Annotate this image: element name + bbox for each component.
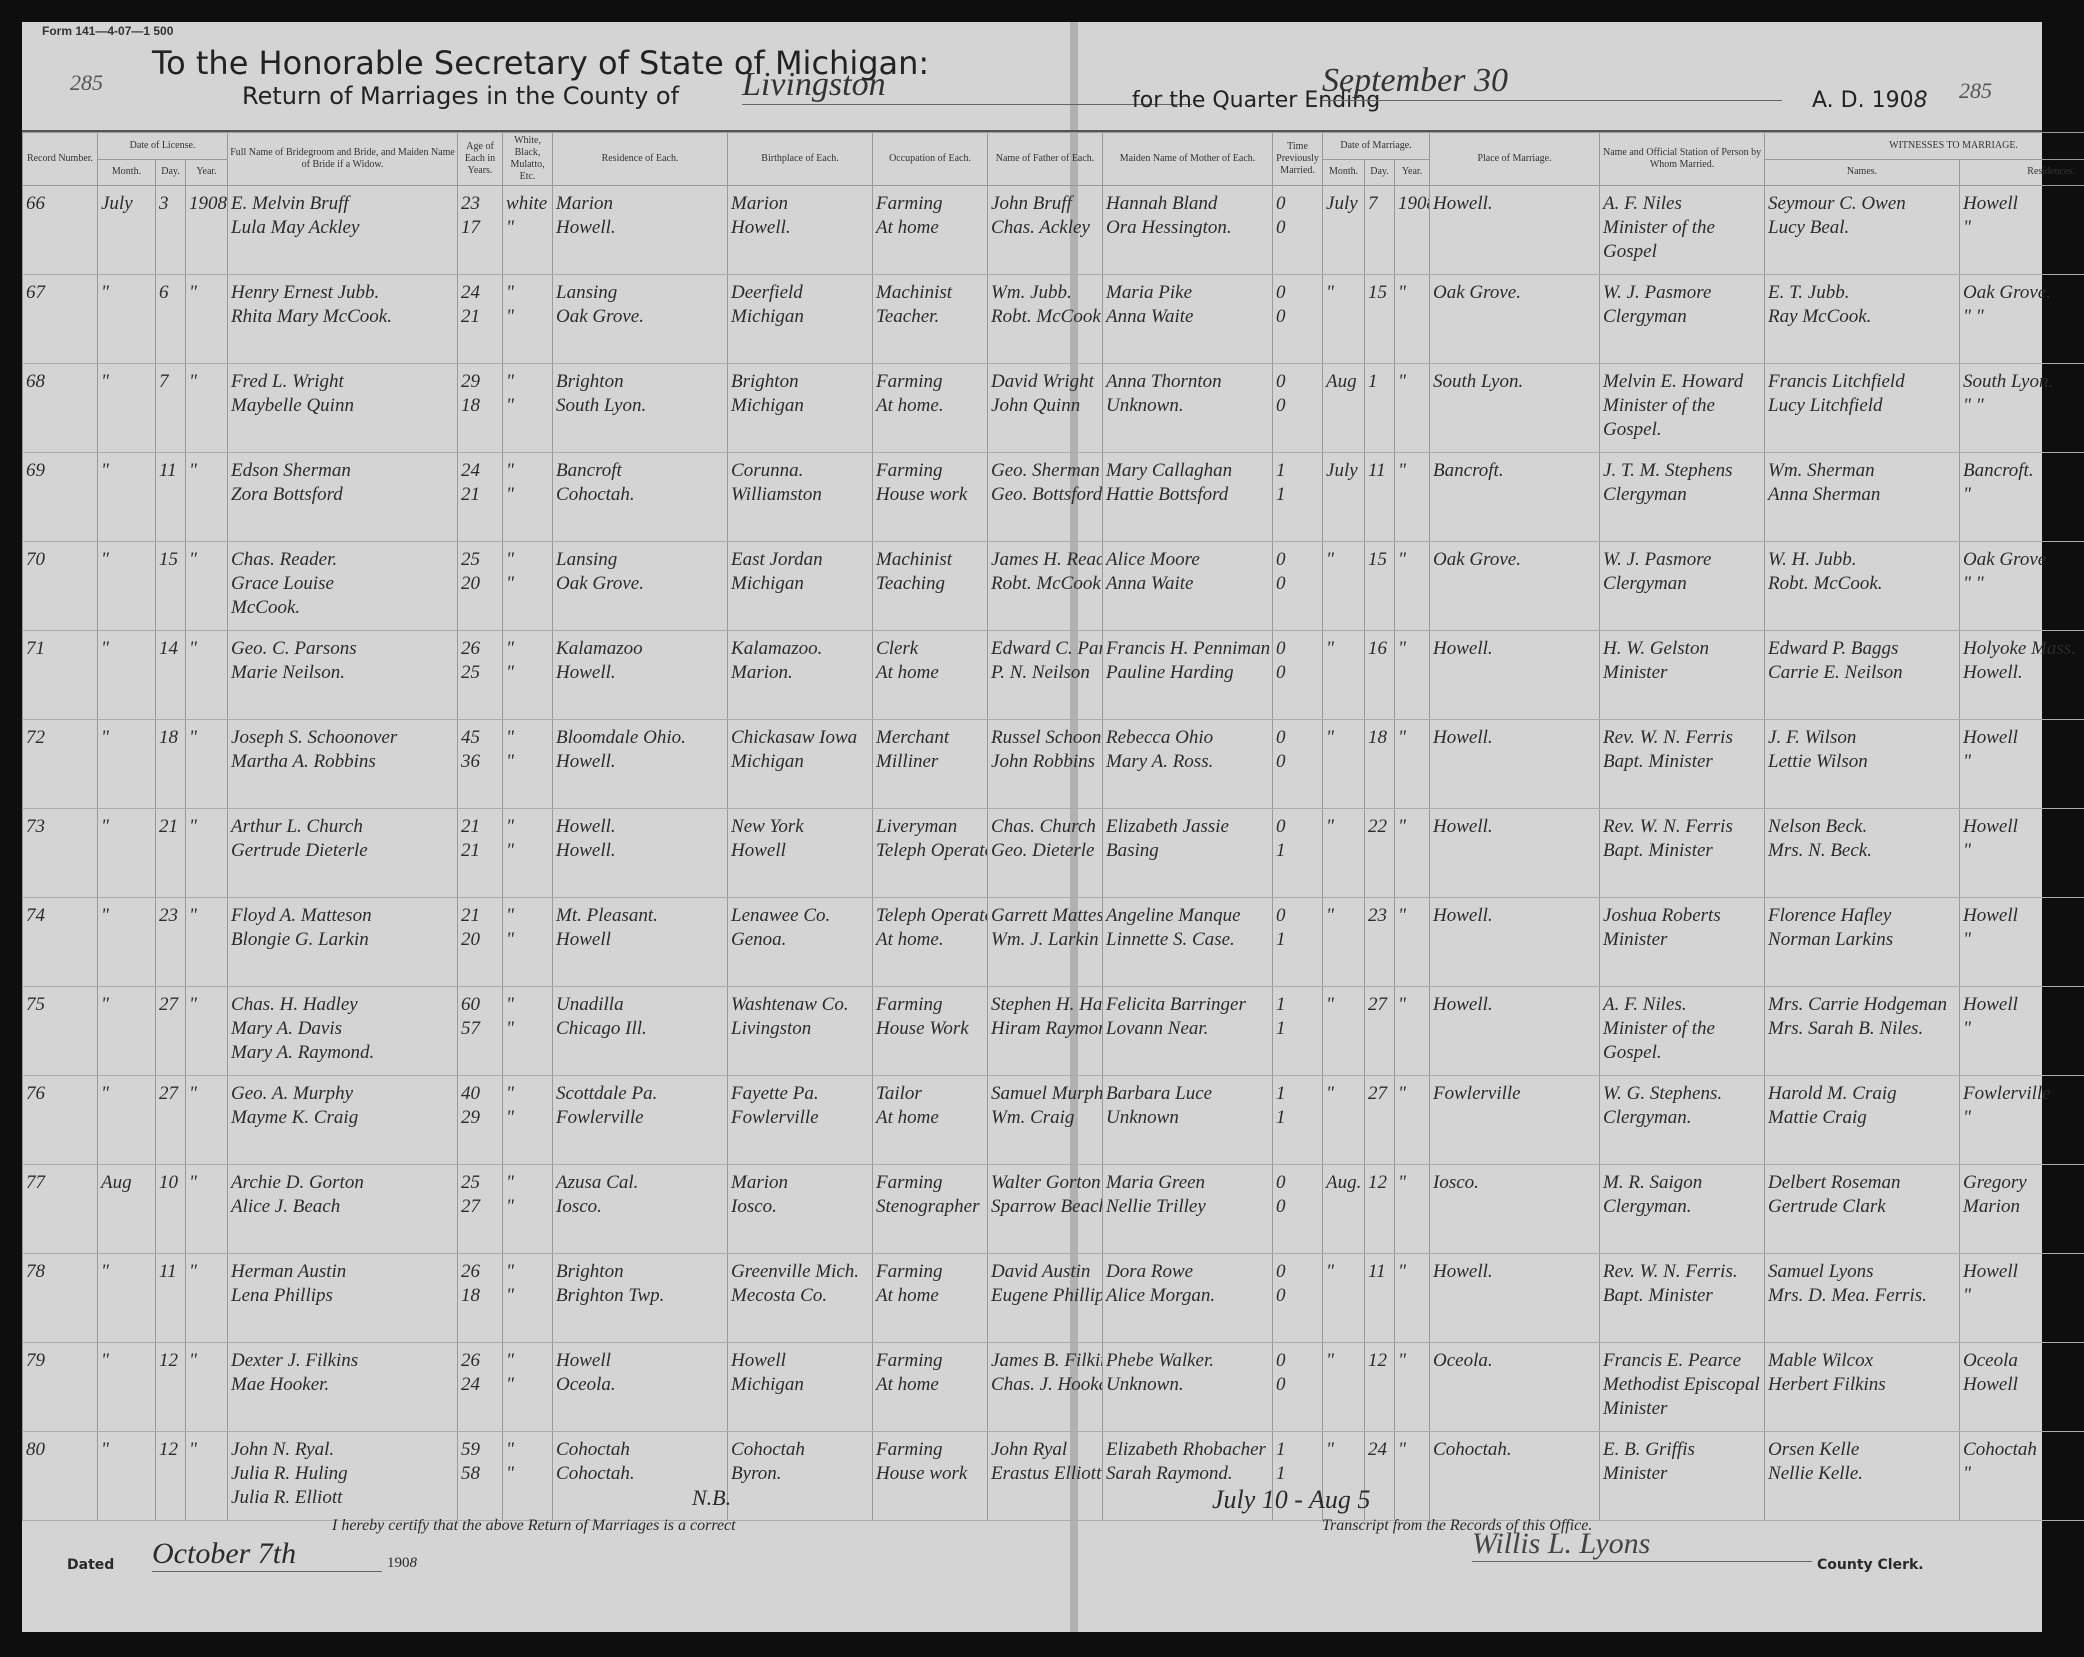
witness-names-line: Delbert Roseman	[1768, 1171, 1956, 1195]
ages-line: 20	[461, 928, 499, 952]
cell-marriage-year: "	[1395, 275, 1430, 364]
cell-place: Oak Grove.	[1430, 275, 1600, 364]
names-line: Zora Bottsford	[231, 483, 454, 507]
page-number-left: 285	[70, 70, 103, 96]
witness-names-line: Lettie Wilson	[1768, 750, 1956, 774]
mother-line: Unknown	[1106, 1106, 1269, 1130]
cell-ages: 4029	[458, 1076, 503, 1165]
times-married-line: 1	[1276, 1106, 1319, 1130]
birthplace-line: Michigan	[731, 572, 869, 596]
witness-residences-line: " "	[1963, 572, 2084, 596]
ages-line: 45	[461, 726, 499, 750]
ages-line: 60	[461, 993, 499, 1017]
father-line: Samuel Murphy	[991, 1082, 1099, 1106]
dated-year-digit: 8	[410, 1555, 418, 1571]
names-line: Floyd A. Matteson	[231, 904, 454, 928]
cell-officiant: Rev. W. N. FerrisBapt. Minister	[1600, 809, 1765, 898]
names-line: John N. Ryal.	[231, 1438, 454, 1462]
form-number: Form 141—4-07—1 500	[42, 24, 173, 38]
officiant-line: Gospel.	[1603, 1041, 1761, 1065]
cell-marriage-year: "	[1395, 364, 1430, 453]
cell-marriage-month: "	[1323, 542, 1365, 631]
times-married-line: 1	[1276, 1082, 1319, 1106]
birthplace-line: Greenville Mich.	[731, 1260, 869, 1284]
cell-names: Fred L. WrightMaybelle Quinn	[228, 364, 458, 453]
cell-names: Joseph S. SchoonoverMartha A. Robbins	[228, 720, 458, 809]
cell-witness-residences: GregoryMarion	[1960, 1165, 2084, 1254]
father-line: Geo. Bottsford	[991, 483, 1099, 507]
witness-residences-line: "	[1963, 928, 2084, 952]
cell-license-day: 15	[156, 542, 186, 631]
residence-line: Cohoctah.	[556, 483, 724, 507]
cell-license-year: "	[186, 1165, 228, 1254]
ages-line: 21	[461, 839, 499, 863]
mother-line: Lovann Near.	[1106, 1017, 1269, 1041]
cell-witness-names: Nelson Beck.Mrs. N. Beck.	[1765, 809, 1960, 898]
residence-line: Oak Grove.	[556, 305, 724, 329]
cell-marriage-year: "	[1395, 1165, 1430, 1254]
cell-birthplace: Chickasaw IowaMichigan	[728, 720, 873, 809]
table-row: 74"23"Floyd A. MattesonBlongie G. Larkin…	[23, 898, 2084, 987]
witness-names-line: Mrs. N. Beck.	[1768, 839, 1956, 863]
times-married-line: 0	[1276, 1284, 1319, 1308]
times-married-line: 1	[1276, 1438, 1319, 1462]
race-line: "	[506, 548, 549, 572]
cell-place: Howell.	[1430, 720, 1600, 809]
cell-license-year: "	[186, 987, 228, 1076]
cell-mother: Elizabeth JassieBasing	[1103, 809, 1273, 898]
cell-record-number: 70	[23, 542, 98, 631]
birthplace-line: Lenawee Co.	[731, 904, 869, 928]
times-married-line: 0	[1276, 281, 1319, 305]
mother-line: Mary A. Ross.	[1106, 750, 1269, 774]
mother-line: Alice Moore	[1106, 548, 1269, 572]
cell-father: John BruffChas. Ackley	[988, 186, 1103, 275]
names-line: Marie Neilson.	[231, 661, 454, 685]
cell-race: ""	[503, 987, 553, 1076]
col-father: Name of Father of Each.	[988, 133, 1103, 186]
cell-marriage-day: 18	[1365, 720, 1395, 809]
times-married-line: 1	[1276, 459, 1319, 483]
cell-witness-names: Francis LitchfieldLucy Litchfield	[1765, 364, 1960, 453]
col-lic-month: Month.	[98, 159, 156, 186]
father-line: Eugene Phillips	[991, 1284, 1099, 1308]
cell-license-month: "	[98, 364, 156, 453]
cell-license-day: 11	[156, 1254, 186, 1343]
witness-residences-line: Fowlerville	[1963, 1082, 2084, 1106]
cell-record-number: 69	[23, 453, 98, 542]
cell-witness-residences: Bancroft."	[1960, 453, 2084, 542]
cell-times-married: 00	[1273, 275, 1323, 364]
father-line: Garrett Matteson	[991, 904, 1099, 928]
table-row: 69"11"Edson ShermanZora Bottsford2421""B…	[23, 453, 2084, 542]
birthplace-line: Howell	[731, 839, 869, 863]
residence-line: Lansing	[556, 281, 724, 305]
residence-line: Oak Grove.	[556, 572, 724, 596]
names-line: Henry Ernest Jubb.	[231, 281, 454, 305]
ages-line: 25	[461, 661, 499, 685]
col-lic-year: Year.	[186, 159, 228, 186]
race-line: "	[506, 281, 549, 305]
birthplace-line: Livingston	[731, 1017, 869, 1041]
times-married-line: 0	[1276, 192, 1319, 216]
dated-year-prefix: 190	[387, 1555, 410, 1571]
occupation-line: At home	[876, 1373, 984, 1397]
race-line: "	[506, 904, 549, 928]
ad-year-digit: 8	[1914, 88, 1928, 113]
mother-line: Felicita Barringer	[1106, 993, 1269, 1017]
officiant-line: J. T. M. Stephens	[1603, 459, 1761, 483]
cell-times-married: 00	[1273, 364, 1323, 453]
birthplace-line: Corunna.	[731, 459, 869, 483]
cell-license-month: "	[98, 898, 156, 987]
occupation-line: Farming	[876, 370, 984, 394]
certification-text: I hereby certify that the above Return o…	[332, 1517, 736, 1535]
birthplace-line: Kalamazoo.	[731, 637, 869, 661]
occupation-line: Farming	[876, 1171, 984, 1195]
cell-father: Edward C. ParsonsP. N. Neilson	[988, 631, 1103, 720]
table-row: 66July31908E. Melvin BruffLula May Ackle…	[23, 186, 2084, 275]
witness-names-line: J. F. Wilson	[1768, 726, 1956, 750]
cell-marriage-month: "	[1323, 809, 1365, 898]
cell-place: Howell.	[1430, 631, 1600, 720]
cell-residence: Howell.Howell.	[553, 809, 728, 898]
officiant-line: Minister	[1603, 1397, 1761, 1421]
witness-residences-line: "	[1963, 483, 2084, 507]
cell-marriage-year: "	[1395, 1076, 1430, 1165]
mother-line: Anna Waite	[1106, 572, 1269, 596]
clerk-label: County Clerk.	[1817, 1557, 1924, 1573]
witness-names-line: Norman Larkins	[1768, 928, 1956, 952]
col-record-number: Record Number.	[23, 133, 98, 186]
names-line: Grace Louise	[231, 572, 454, 596]
cell-witness-residences: Oak Grove." "	[1960, 275, 2084, 364]
race-line: "	[506, 993, 549, 1017]
cell-place: Howell.	[1430, 898, 1600, 987]
cell-ages: 2625	[458, 631, 503, 720]
dated-value: October 7th	[152, 1537, 382, 1572]
times-married-line: 0	[1276, 726, 1319, 750]
officiant-line: E. B. Griffis	[1603, 1438, 1761, 1462]
birthplace-line: Mecosta Co.	[731, 1284, 869, 1308]
col-date-of-license: Date of License.	[98, 133, 228, 160]
cell-license-day: 18	[156, 720, 186, 809]
witness-residences-line: "	[1963, 839, 2084, 863]
cell-record-number: 73	[23, 809, 98, 898]
cell-license-year: "	[186, 898, 228, 987]
cell-race: white"	[503, 186, 553, 275]
cell-father: Geo. ShermanGeo. Bottsford	[988, 453, 1103, 542]
father-line: Wm. J. Larkin	[991, 928, 1099, 952]
cell-place: Oak Grove.	[1430, 542, 1600, 631]
ages-line: 18	[461, 394, 499, 418]
cell-birthplace: Kalamazoo.Marion.	[728, 631, 873, 720]
col-m-year: Year.	[1395, 159, 1430, 186]
cell-residence: HowellOceola.	[553, 1343, 728, 1432]
quarter-ending: September 30	[1322, 62, 1782, 101]
cell-times-married: 01	[1273, 809, 1323, 898]
cell-marriage-day: 7	[1365, 186, 1395, 275]
col-lic-day: Day.	[156, 159, 186, 186]
ages-line: 27	[461, 1195, 499, 1219]
times-married-line: 1	[1276, 1017, 1319, 1041]
father-line: Chas. J. Hooker	[991, 1373, 1099, 1397]
race-line: "	[506, 370, 549, 394]
race-line: "	[506, 815, 549, 839]
cell-marriage-day: 16	[1365, 631, 1395, 720]
names-line: Archie D. Gorton	[231, 1171, 454, 1195]
witness-residences-line: South Lyon.	[1963, 370, 2084, 394]
names-line: Joseph S. Schoonover	[231, 726, 454, 750]
cell-license-month: "	[98, 453, 156, 542]
names-line: Martha A. Robbins	[231, 750, 454, 774]
witness-residences-line: Gregory	[1963, 1171, 2084, 1195]
names-line: Geo. C. Parsons	[231, 637, 454, 661]
witness-names-line: Edward P. Baggs	[1768, 637, 1956, 661]
residence-line: Brighton	[556, 370, 724, 394]
times-married-line: 1	[1276, 993, 1319, 1017]
witness-names-line: Mrs. Sarah B. Niles.	[1768, 1017, 1956, 1041]
cell-birthplace: MarionHowell.	[728, 186, 873, 275]
occupation-line: Liveryman	[876, 815, 984, 839]
cell-witness-residences: Oak Grove" "	[1960, 542, 2084, 631]
birthplace-line: Chickasaw Iowa	[731, 726, 869, 750]
birthplace-line: Genoa.	[731, 928, 869, 952]
cell-witness-residences: Fowlerville"	[1960, 1076, 2084, 1165]
cell-father: Chas. ChurchGeo. Dieterle	[988, 809, 1103, 898]
cell-officiant: J. T. M. StephensClergyman	[1600, 453, 1765, 542]
cell-birthplace: Lenawee Co.Genoa.	[728, 898, 873, 987]
ages-line: 24	[461, 281, 499, 305]
occupation-line: At home.	[876, 394, 984, 418]
witness-residences-line: Oceola	[1963, 1349, 2084, 1373]
ages-line: 17	[461, 216, 499, 240]
cell-marriage-year: "	[1395, 453, 1430, 542]
cell-occupation: MachinistTeacher.	[873, 275, 988, 364]
cell-father: Garrett MattesonWm. J. Larkin	[988, 898, 1103, 987]
mother-line: Maria Green	[1106, 1171, 1269, 1195]
mother-line: Barbara Luce	[1106, 1082, 1269, 1106]
cell-record-number: 79	[23, 1343, 98, 1432]
cell-birthplace: Corunna.Williamston	[728, 453, 873, 542]
cell-license-day: 27	[156, 1076, 186, 1165]
witness-names-line: Samuel Lyons	[1768, 1260, 1956, 1284]
cell-mother: Hannah BlandOra Hessington.	[1103, 186, 1273, 275]
cell-officiant: M. R. SaigonClergyman.	[1600, 1165, 1765, 1254]
father-line: Sparrow Beach	[991, 1195, 1099, 1219]
table-row: 76"27"Geo. A. MurphyMayme K. Craig4029""…	[23, 1076, 2084, 1165]
cell-officiant: Rev. W. N. Ferris.Bapt. Minister	[1600, 1254, 1765, 1343]
ages-line: 29	[461, 370, 499, 394]
cell-birthplace: BrightonMichigan	[728, 364, 873, 453]
ages-line: 21	[461, 904, 499, 928]
mother-line: Ora Hessington.	[1106, 216, 1269, 240]
cell-witness-names: Harold M. CraigMattie Craig	[1765, 1076, 1960, 1165]
names-line: Mayme K. Craig	[231, 1106, 454, 1130]
cell-ages: 2624	[458, 1343, 503, 1432]
times-married-line: 0	[1276, 572, 1319, 596]
cell-marriage-day: 12	[1365, 1165, 1395, 1254]
officiant-line: Minister of the	[1603, 216, 1761, 240]
witness-residences-line: Oak Grove.	[1963, 281, 2084, 305]
cell-residence: LansingOak Grove.	[553, 542, 728, 631]
col-place: Place of Marriage.	[1430, 133, 1600, 186]
officiant-line: Minister	[1603, 928, 1761, 952]
witness-names-line: Florence Hafley	[1768, 904, 1956, 928]
cell-occupation: TailorAt home	[873, 1076, 988, 1165]
residence-line: Bloomdale Ohio.	[556, 726, 724, 750]
register-rows: 66July31908E. Melvin BruffLula May Ackle…	[23, 186, 2084, 1521]
cell-ages: 2618	[458, 1254, 503, 1343]
table-row: 79"12"Dexter J. FilkinsMae Hooker.2624""…	[23, 1343, 2084, 1432]
cell-marriage-day: 23	[1365, 898, 1395, 987]
birthplace-line: Howell.	[731, 216, 869, 240]
names-line: Fred L. Wright	[231, 370, 454, 394]
cell-race: ""	[503, 1076, 553, 1165]
names-line: Geo. A. Murphy	[231, 1082, 454, 1106]
mother-line: Maria Pike	[1106, 281, 1269, 305]
cell-marriage-day: 11	[1365, 1254, 1395, 1343]
birthplace-line: Iosco.	[731, 1195, 869, 1219]
cell-times-married: 11	[1273, 453, 1323, 542]
cell-record-number: 68	[23, 364, 98, 453]
father-line: Stephen H. Hadley	[991, 993, 1099, 1017]
ages-line: 21	[461, 483, 499, 507]
cell-license-year: "	[186, 720, 228, 809]
birthplace-line: Michigan	[731, 750, 869, 774]
witness-names-line: Wm. Sherman	[1768, 459, 1956, 483]
residence-line: Marion	[556, 192, 724, 216]
witness-names-line: Francis Litchfield	[1768, 370, 1956, 394]
occupation-line: Stenographer	[876, 1195, 984, 1219]
ages-line: 29	[461, 1106, 499, 1130]
residence-line: Howell.	[556, 661, 724, 685]
officiant-line: Francis E. Pearce	[1603, 1349, 1761, 1373]
cell-ages: 2421	[458, 453, 503, 542]
cell-license-year: "	[186, 275, 228, 364]
residence-line: Fowlerville	[556, 1106, 724, 1130]
witness-names-line: Gertrude Clark	[1768, 1195, 1956, 1219]
cell-witness-residences: Howell"	[1960, 1254, 2084, 1343]
occupation-line: At home	[876, 216, 984, 240]
cell-place: Howell.	[1430, 186, 1600, 275]
cell-officiant: H. W. GelstonMinister	[1600, 631, 1765, 720]
county-name: Livingston	[742, 66, 1192, 105]
race-line: "	[506, 1349, 549, 1373]
cell-ages: 2527	[458, 1165, 503, 1254]
cell-marriage-day: 27	[1365, 1076, 1395, 1165]
footer: N.B. I hereby certify that the above Ret…	[22, 1477, 2042, 1627]
officiant-line: Rev. W. N. Ferris	[1603, 815, 1761, 839]
race-line: "	[506, 1082, 549, 1106]
cell-residence: MarionHowell.	[553, 186, 728, 275]
cell-officiant: Joshua RobertsMinister	[1600, 898, 1765, 987]
cell-marriage-month: July	[1323, 453, 1365, 542]
cell-father: Wm. Jubb.Robt. McCook	[988, 275, 1103, 364]
race-line: "	[506, 1438, 549, 1462]
cell-ages: 2120	[458, 898, 503, 987]
cell-witness-names: J. F. WilsonLettie Wilson	[1765, 720, 1960, 809]
ages-line: 57	[461, 1017, 499, 1041]
race-line: "	[506, 726, 549, 750]
cell-witness-residences: Howell"	[1960, 809, 2084, 898]
cell-mother: Alice MooreAnna Waite	[1103, 542, 1273, 631]
cell-residence: BrightonSouth Lyon.	[553, 364, 728, 453]
date-range-note: July 10 - Aug 5	[1212, 1485, 1370, 1515]
cell-ages: 2121	[458, 809, 503, 898]
col-residence: Residence of Each.	[553, 133, 728, 186]
father-line: Geo. Sherman	[991, 459, 1099, 483]
cell-license-month: "	[98, 1343, 156, 1432]
cell-marriage-day: 15	[1365, 542, 1395, 631]
occupation-line: At home	[876, 1284, 984, 1308]
father-line: P. N. Neilson	[991, 661, 1099, 685]
cell-times-married: 00	[1273, 631, 1323, 720]
father-line: John Quinn	[991, 394, 1099, 418]
officiant-line: M. R. Saigon	[1603, 1171, 1761, 1195]
cell-license-day: 7	[156, 364, 186, 453]
times-married-line: 0	[1276, 370, 1319, 394]
cell-license-year: 1908	[186, 186, 228, 275]
officiant-line: A. F. Niles.	[1603, 993, 1761, 1017]
cell-record-number: 78	[23, 1254, 98, 1343]
cell-record-number: 66	[23, 186, 98, 275]
ad-year: A. D. 1908	[1812, 88, 1928, 113]
cell-names: Henry Ernest Jubb.Rhita Mary McCook.	[228, 275, 458, 364]
witness-residences-line: Howell	[1963, 192, 2084, 216]
cell-marriage-month: "	[1323, 631, 1365, 720]
witness-residences-line: "	[1963, 1017, 2084, 1041]
cell-marriage-year: "	[1395, 1254, 1430, 1343]
birthplace-line: East Jordan	[731, 548, 869, 572]
names-line: Lena Phillips	[231, 1284, 454, 1308]
times-married-line: 0	[1276, 1349, 1319, 1373]
father-line: Wm. Craig	[991, 1106, 1099, 1130]
father-line: James H. Reader	[991, 548, 1099, 572]
birthplace-line: Howell	[731, 1349, 869, 1373]
cell-marriage-month: "	[1323, 987, 1365, 1076]
residence-line: Chicago Ill.	[556, 1017, 724, 1041]
cell-mother: Felicita BarringerLovann Near.	[1103, 987, 1273, 1076]
race-line: "	[506, 1017, 549, 1041]
col-birthplace: Birthplace of Each.	[728, 133, 873, 186]
times-married-line: 1	[1276, 839, 1319, 863]
document-subtitle: Return of Marriages in the County of	[242, 82, 679, 110]
cell-witness-residences: Howell"	[1960, 720, 2084, 809]
col-witness-residences: Residences.	[1960, 159, 2084, 186]
cell-names: Archie D. GortonAlice J. Beach	[228, 1165, 458, 1254]
mother-line: Pauline Harding	[1106, 661, 1269, 685]
cell-marriage-month: "	[1323, 1343, 1365, 1432]
mother-line: Hannah Bland	[1106, 192, 1269, 216]
names-line: Edson Sherman	[231, 459, 454, 483]
race-line: "	[506, 839, 549, 863]
mother-line: Angeline Manque	[1106, 904, 1269, 928]
table-row: 78"11"Herman AustinLena Phillips2618""Br…	[23, 1254, 2084, 1343]
father-line: Chas. Church	[991, 815, 1099, 839]
occupation-line: Farming	[876, 993, 984, 1017]
nb-mark: N.B.	[692, 1485, 731, 1511]
cell-witness-names: Seymour C. OwenLucy Beal.	[1765, 186, 1960, 275]
residence-line: Brighton Twp.	[556, 1284, 724, 1308]
table-row: 75"27"Chas. H. HadleyMary A. DavisMary A…	[23, 987, 2084, 1076]
race-line: "	[506, 483, 549, 507]
cell-place: Bancroft.	[1430, 453, 1600, 542]
residence-line: Scottdale Pa.	[556, 1082, 724, 1106]
names-line: E. Melvin Bruff	[231, 192, 454, 216]
names-line: Alice J. Beach	[231, 1195, 454, 1219]
cell-residence: Azusa Cal.Iosco.	[553, 1165, 728, 1254]
